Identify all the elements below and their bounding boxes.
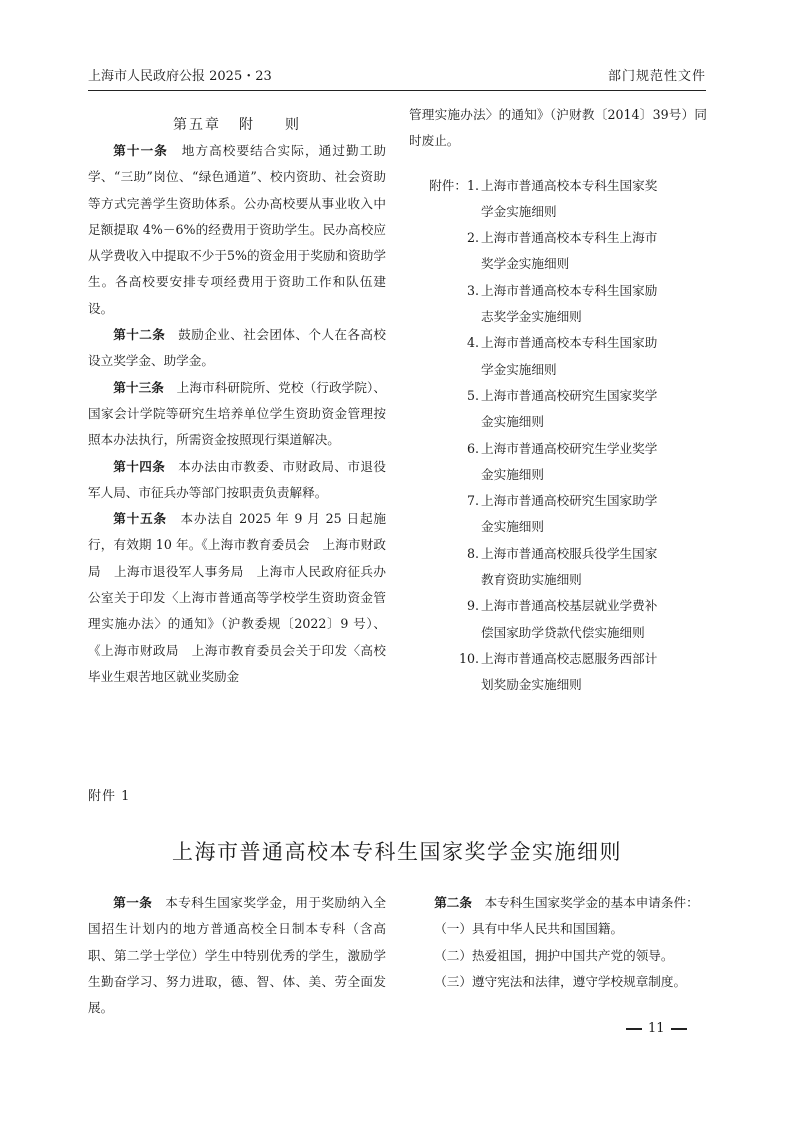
condition-item: （二）热爱祖国，拥护中国共产党的领导。	[409, 943, 707, 969]
article-label: 第十二条	[113, 327, 165, 342]
attachment-number: 4.	[409, 330, 479, 383]
attachment-number: 3.	[409, 278, 479, 331]
attachment-title-line: 上海市普通高校研究生学业奖学	[481, 436, 707, 462]
appendix-article-1: 第一条 本专科生国家奖学金，用于奖励纳入全国招生计划内的地方普通高校全日制本专科…	[88, 890, 386, 1021]
article-11: 第十一条 地方高校要结合实际，通过勤工助学、“三助”岗位、“绿色通道”、校内资助…	[88, 138, 386, 322]
attachment-number-value: 1.	[467, 178, 479, 193]
attachment-number: 附件：1.	[409, 173, 479, 226]
attachment-title-line: 志奖学金实施细则	[481, 304, 707, 330]
attachment-title: 上海市普通高校基层就业学费补偿国家助学贷款代偿实施细则	[479, 593, 707, 646]
attachment-title-line: 上海市普通高校服兵役学生国家	[481, 541, 707, 567]
attachment-title: 上海市普通高校服兵役学生国家教育资助实施细则	[479, 541, 707, 594]
attachment-item: 6.上海市普通高校研究生学业奖学金实施细则	[409, 436, 707, 489]
attachment-title-line: 金实施细则	[481, 409, 707, 435]
article-13: 第十三条 上海市科研院所、党校（行政学院）、国家会计学院等研究生培养单位学生资助…	[88, 375, 386, 454]
dash-right	[671, 1028, 687, 1030]
page-number-value: 11	[648, 1021, 665, 1036]
left-column: 第五章附则 第十一条 地方高校要结合实际，通过勤工助学、“三助”岗位、“绿色通道…	[88, 112, 386, 690]
attachment-title-line: 金实施细则	[481, 462, 707, 488]
attachment-title: 上海市普通高校本专科生国家助学金实施细则	[479, 330, 707, 383]
article-text: 本办法自 2025 年 9 月 25 日起施行，有效期 10 年。《上海市教育委…	[88, 511, 386, 684]
attachment-title: 上海市普通高校本专科生国家奖学金实施细则	[479, 173, 707, 226]
attachment-title: 上海市普通高校研究生学业奖学金实施细则	[479, 436, 707, 489]
attachment-title-line: 划奖励金实施细则	[481, 672, 707, 698]
chapter-number: 第五章	[173, 117, 221, 133]
article-text: 本专科生国家奖学金的基本申请条件：	[485, 895, 699, 910]
appendix-right-column: 第二条 本专科生国家奖学金的基本申请条件： （一）具有中华人民共和国国籍。 （二…	[409, 890, 707, 995]
chapter-title-part: 则	[285, 117, 301, 133]
attachment-number: 8.	[409, 541, 479, 594]
attachment-number: 9.	[409, 593, 479, 646]
article-label: 第十三条	[113, 380, 164, 395]
attachment-title-line: 上海市普通高校研究生国家助学	[481, 488, 707, 514]
attachment-number: 5.	[409, 383, 479, 436]
attachment-item: 7.上海市普通高校研究生国家助学金实施细则	[409, 488, 707, 541]
attachments-label: 附件：	[429, 178, 467, 193]
dash-left	[626, 1028, 642, 1030]
attachment-title-line: 偿国家助学贷款代偿实施细则	[481, 620, 707, 646]
attachment-title: 上海市普通高校研究生国家助学金实施细则	[479, 488, 707, 541]
attachment-title: 上海市普通高校本专科生国家励志奖学金实施细则	[479, 278, 707, 331]
article-label: 第十五条	[113, 511, 167, 526]
attachment-title-line: 上海市普通高校志愿服务西部计	[481, 646, 707, 672]
article-label: 第十一条	[113, 143, 168, 158]
condition-item: （三）遵守宪法和法律，遵守学校规章制度。	[409, 969, 707, 995]
article-text: 地方高校要结合实际，通过勤工助学、“三助”岗位、“绿色通道”、校内资助、社会资助…	[88, 143, 386, 316]
section-title: 部门规范性文件	[608, 66, 706, 88]
attachment-title-line: 上海市普通高校基层就业学费补	[481, 593, 707, 619]
attachment-item: 附件：1.上海市普通高校本专科生国家奖学金实施细则	[409, 173, 707, 226]
attachment-title-line: 奖学金实施细则	[481, 251, 707, 277]
article-label: 第一条	[113, 895, 152, 910]
appendix-left-column: 第一条 本专科生国家奖学金，用于奖励纳入全国招生计划内的地方普通高校全日制本专科…	[88, 890, 386, 1021]
attachment-number: 6.	[409, 436, 479, 489]
attachment-item: 3.上海市普通高校本专科生国家励志奖学金实施细则	[409, 278, 707, 331]
attachment-number: 7.	[409, 488, 479, 541]
article-label: 第二条	[434, 895, 472, 910]
article-label: 第十四条	[113, 459, 165, 474]
attachment-title: 上海市普通高校研究生国家奖学金实施细则	[479, 383, 707, 436]
appendix-article-2: 第二条 本专科生国家奖学金的基本申请条件：	[409, 890, 707, 916]
attachment-item: 2.上海市普通高校本专科生上海市奖学金实施细则	[409, 225, 707, 278]
attachment-title-line: 教育资助实施细则	[481, 567, 707, 593]
attachment-number: 10.	[409, 646, 479, 699]
attachment-item: 5.上海市普通高校研究生国家奖学金实施细则	[409, 383, 707, 436]
right-column: 管理实施办法〉的通知》（沪财教〔2014〕39号）同时废止。 附件：1.上海市普…	[409, 102, 707, 699]
header-rule	[88, 90, 706, 91]
attachment-item: 4.上海市普通高校本专科生国家助学金实施细则	[409, 330, 707, 383]
attachment-title: 上海市普通高校志愿服务西部计划奖励金实施细则	[479, 646, 707, 699]
chapter-heading: 第五章附则	[88, 112, 386, 138]
attachment-title-line: 上海市普通高校本专科生上海市	[481, 225, 707, 251]
attachment-number: 2.	[409, 225, 479, 278]
publication-title: 上海市人民政府公报 2025・23	[88, 66, 272, 88]
attachment-title-line: 上海市普通高校本专科生国家励	[481, 278, 707, 304]
attachment-title: 上海市普通高校本专科生上海市奖学金实施细则	[479, 225, 707, 278]
article-text: 本专科生国家奖学金，用于奖励纳入全国招生计划内的地方普通高校全日制本专科（含高职…	[88, 895, 386, 1015]
appendix-label: 附件 1	[88, 786, 130, 808]
attachment-title-line: 上海市普通高校本专科生国家助	[481, 330, 707, 356]
page-header: 上海市人民政府公报 2025・23 部门规范性文件	[88, 66, 706, 90]
chapter-title-part: 附	[239, 117, 255, 133]
attachment-item: 9.上海市普通高校基层就业学费补偿国家助学贷款代偿实施细则	[409, 593, 707, 646]
attachment-title-line: 上海市普通高校本专科生国家奖	[481, 173, 707, 199]
page-number: 11	[620, 1019, 693, 1039]
attachment-title-line: 学金实施细则	[481, 199, 707, 225]
attachment-item: 8.上海市普通高校服兵役学生国家教育资助实施细则	[409, 541, 707, 594]
attachment-title-line: 金实施细则	[481, 514, 707, 540]
condition-item: （一）具有中华人民共和国国籍。	[409, 916, 707, 942]
attachment-title-line: 上海市普通高校研究生国家奖学	[481, 383, 707, 409]
article-14: 第十四条 本办法由市教委、市财政局、市退役军人局、市征兵办等部门按职责负责解释。	[88, 454, 386, 507]
attachment-title-line: 学金实施细则	[481, 357, 707, 383]
attachment-item: 10.上海市普通高校志愿服务西部计划奖励金实施细则	[409, 646, 707, 699]
article-15-continuation: 管理实施办法〉的通知》（沪财教〔2014〕39号）同时废止。	[409, 102, 707, 155]
article-15: 第十五条 本办法自 2025 年 9 月 25 日起施行，有效期 10 年。《上…	[88, 506, 386, 690]
attachments-list: 附件：1.上海市普通高校本专科生国家奖学金实施细则2.上海市普通高校本专科生上海…	[409, 173, 707, 699]
article-12: 第十二条 鼓励企业、社会团体、个人在各高校设立奖学金、助学金。	[88, 322, 386, 375]
appendix-title: 上海市普通高校本专科生国家奖学金实施细则	[88, 836, 706, 868]
